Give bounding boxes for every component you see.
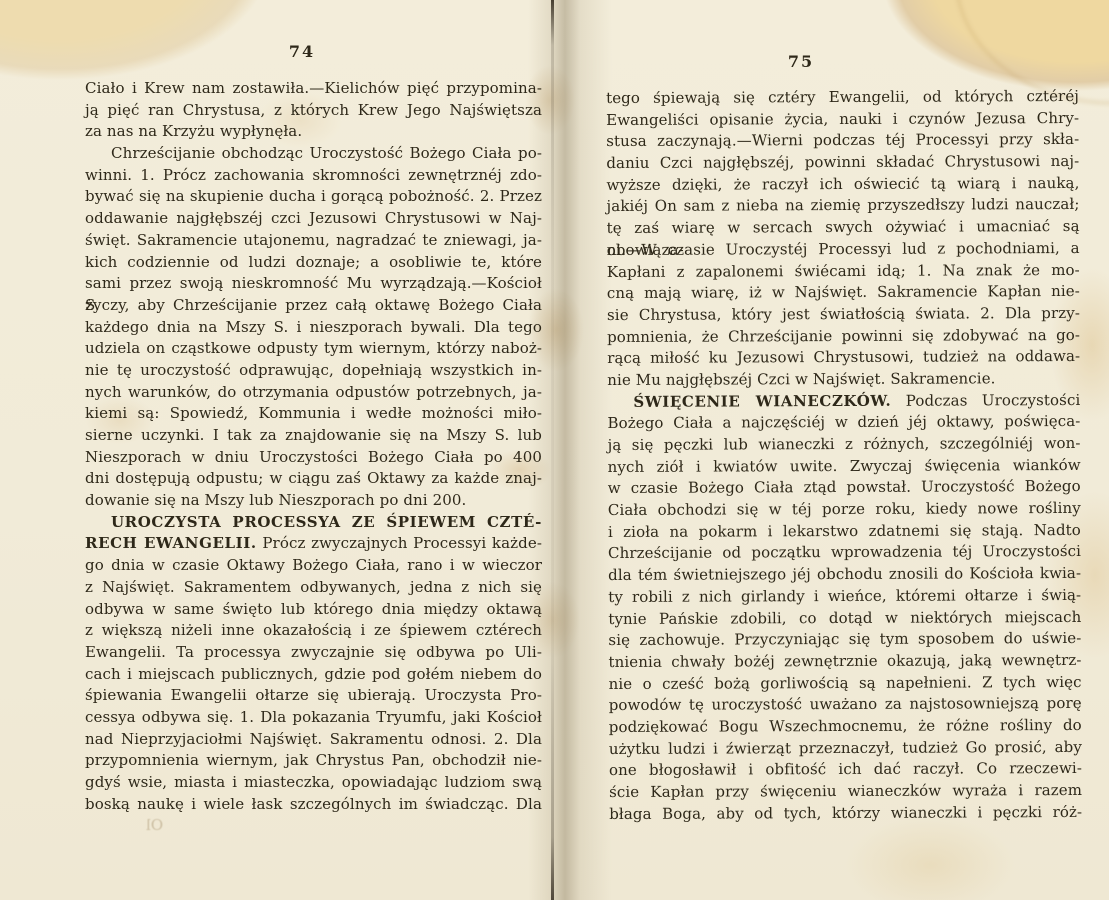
text-line: daniu Czci najgłębszéj, powinni składać …	[606, 151, 1079, 175]
text-line: RECH EWANGELII. Prócz zwyczajnych Proces…	[85, 533, 542, 555]
text-line: rącą miłość ku Jezusowi Chrystusowi, tud…	[607, 346, 1080, 370]
text-line: odbywa w same święto lub którego dnia mi…	[85, 599, 542, 621]
text-line: tynie Pańskie zdobili, co dotąd w niektó…	[608, 606, 1081, 630]
text-line: każdego dnia na Mszy S. i nieszporach by…	[85, 317, 542, 339]
text-line: tę zaś wiarę w sercach swych ożywiać i u…	[607, 216, 1080, 240]
text-line: przypomnienia wiernym, jak Chrystus Pan,…	[85, 750, 542, 772]
text-line: sierne uczynki. I tak za znajdowanie się…	[85, 425, 542, 447]
text-line: Chrześcijanie obchodząc Uroczystość Boże…	[85, 143, 542, 165]
page-number-right: 75	[606, 52, 996, 71]
text-line: jakiéj On sam z nieba na ziemię przyszed…	[606, 194, 1079, 218]
text-line: winni. 1. Prócz zachowania skromności ze…	[85, 165, 542, 187]
text-line: cessya odbywa się. 1. Dla pokazania Tryu…	[85, 707, 542, 729]
text-line: dla tém świetniejszego jéj obchodu znosi…	[608, 563, 1081, 587]
text-line: udziela on cząstkowe odpusty tym wiernym…	[85, 338, 542, 360]
text-line: cach i miejscach publicznych, gdzie pod …	[85, 664, 542, 686]
text-line: życzy, aby Chrześcijanie przez całą okta…	[85, 295, 542, 317]
text-line: stusa zaczynają.—Wierni podczas téj Proc…	[606, 129, 1079, 153]
text-line: ją pięć ran Chrystusa, z których Krew Je…	[85, 100, 542, 122]
text-line: go dnia w czasie Oktawy Bożego Ciała, ra…	[85, 555, 542, 577]
text-line: powodów tę uroczystość uważano za najsto…	[609, 693, 1082, 717]
text-line: Nieszporach w dniu Uroczystości Bożego C…	[85, 447, 542, 469]
book-spread: 74 Ciało i Krew nam zostawiła.—Kielichów…	[0, 0, 1109, 900]
text-line: podziękować Bogu Wszechmocnemu, że różne…	[609, 715, 1082, 739]
text-line: kich codziennie od ludzi doznaje; a osob…	[85, 252, 542, 274]
text-line: z większą niżeli inne okazałością i ze ś…	[85, 620, 542, 642]
text-line: nych warunków, do otrzymania odpustów po…	[85, 382, 542, 404]
text-column-right: tego śpiewają się cztéry Ewangelii, od k…	[606, 86, 1082, 825]
text-column-left: Ciało i Krew nam zostawiła.—Kielichów pi…	[85, 78, 542, 815]
text-line: nych ziół i kwiatów uwite. Zwyczaj święc…	[608, 455, 1081, 479]
text-line: i zioła na pokarm i lekarstwo zdatnemi s…	[608, 520, 1081, 544]
text-line: UROCZYSTA PROCESSYA ZE ŚPIEWEM CZTÉ-	[85, 512, 542, 534]
text-line: Ciało i Krew nam zostawiła.—Kielichów pi…	[85, 78, 542, 100]
text-line: ją się pęczki lub wianeczki z różnych, s…	[608, 433, 1081, 457]
text-line: Bożego Ciała a najczęściéj w dzień jéj o…	[607, 411, 1080, 435]
text-line: ni.—W czasie Uroczystéj Processyi lud z …	[607, 238, 1080, 262]
text-line: tnienia chwały bożéj zewnętrznie okazują…	[608, 650, 1081, 674]
text-line: ty robili z nich girlandy i wieńce, któr…	[608, 585, 1081, 609]
text-line: boską naukę i wiele łask szczególnych im…	[85, 794, 542, 816]
page-number-left: 74	[85, 42, 519, 61]
text-line: ŚWIĘCENIE WIANECZKÓW. Podczas Uroczystoś…	[607, 390, 1080, 414]
text-line: nad Nieprzyjaciołmi Najświęt. Sakramentu…	[85, 729, 542, 751]
text-line: tego śpiewają się cztéry Ewangelii, od k…	[606, 86, 1079, 110]
show-through-mark: Ol	[146, 816, 163, 834]
text-line: Ciała obchodzi się w téj porze roku, kie…	[608, 498, 1081, 522]
text-line: oddawanie najgłębszéj czci Jezusowi Chry…	[85, 208, 542, 230]
text-line: nie Mu najgłębszéj Czci w Najświęt. Sakr…	[607, 368, 1080, 392]
text-line: nie tę uroczystość odprawując, dopełniaj…	[85, 360, 542, 382]
text-line: sami przez swoją nieskromność Mu wyrządz…	[85, 273, 542, 295]
text-line: błaga Boga, aby od tych, którzy wianeczk…	[609, 802, 1082, 826]
text-line: święt. Sakramencie utajonemu, nagradzać …	[85, 230, 542, 252]
text-line: z Najświęt. Sakramentem odbywanych, jedn…	[85, 577, 542, 599]
text-line: wyższe dzięki, że raczył ich oświecić tą…	[606, 173, 1079, 197]
text-line: dni dostępują odpustu; w ciągu zaś Oktaw…	[85, 468, 542, 490]
book-gutter-fold-line	[551, 0, 554, 900]
text-line: cną mają wiarę, iż w Najświęt. Sakramenc…	[607, 281, 1080, 305]
text-line: one błogosławił i obfitość ich dać raczy…	[609, 758, 1082, 782]
text-line: w czasie Bożego Ciała ztąd powstał. Uroc…	[608, 476, 1081, 500]
text-line: ście Kapłan przy święceniu wianeczków wy…	[609, 780, 1082, 804]
text-line: dowanie się na Mszy lub Nieszporach po d…	[85, 490, 542, 512]
text-line: sie Chrystusa, który jest światłością św…	[607, 303, 1080, 327]
text-line: pomnienia, że Chrześcijanie powinni się …	[607, 324, 1080, 348]
text-line: Chrześcijanie od początku wprowadzenia t…	[608, 541, 1081, 565]
text-line: nie o cześć bożą gorliwością są napełnie…	[609, 671, 1082, 695]
text-line: użytku ludzi i źwierząt przeznaczył, tud…	[609, 737, 1082, 761]
text-line: kiemi są: Spowiedź, Kommunia i wedłe moż…	[85, 403, 542, 425]
text-line: się zachowuje. Przyczyniając się tym spo…	[608, 628, 1081, 652]
text-line: bywać się na skupienie ducha i gorącą po…	[85, 186, 542, 208]
text-line: śpiewania Ewangelii ołtarze się ubierają…	[85, 685, 542, 707]
text-line: Kapłani z zapalonemi świécami idą; 1. Na…	[607, 259, 1080, 283]
text-line: za nas na Krzyżu wypłynęła.	[85, 121, 542, 143]
text-line: gdyś wsie, miasta i miasteczka, opowiada…	[85, 772, 542, 794]
text-line: Ewangeliści opisanie życia, nauki i czyn…	[606, 108, 1079, 132]
text-line: Ewangelii. Ta processya zwyczajnie się o…	[85, 642, 542, 664]
